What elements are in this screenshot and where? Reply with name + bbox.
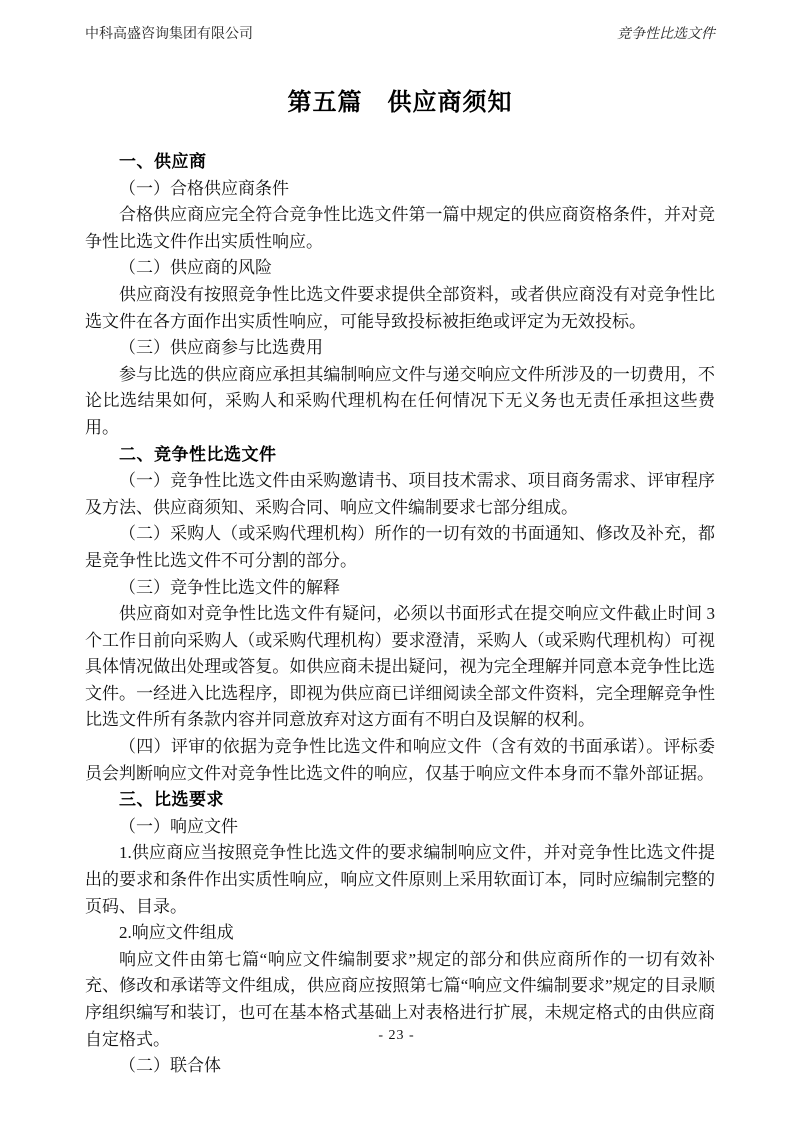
subheading-participation-cost: （三）供应商参与比选费用 [85,335,715,362]
paragraph-qualified-supplier: 合格供应商应完全符合竞争性比选文件第一篇中规定的供应商资格条件，并对竞争性比选文… [85,202,715,255]
subheading-response-composition: 2.响应文件组成 [85,920,715,947]
section-heading-selection-requirements: 三、比选要求 [85,787,715,814]
subheading-document-interpretation: （三）竞争性比选文件的解释 [85,575,715,602]
document-page: 中科高盛咨询集团有限公司 竞争性比选文件 第五篇 供应商须知 一、供应商 （一）… [0,0,793,1122]
paragraph-evaluation-basis: （四）评审的依据为竞争性比选文件和响应文件（含有效的书面承诺）。评标委员会判断响… [85,734,715,787]
page-header: 中科高盛咨询集团有限公司 竞争性比选文件 [85,26,715,44]
header-company-name: 中科高盛咨询集团有限公司 [85,26,253,44]
section-heading-suppliers: 一、供应商 [85,149,715,176]
page-title: 第五篇 供应商须知 [85,86,715,120]
paragraph-notices-amendments: （二）采购人（或采购代理机构）所作的一切有效的书面通知、修改及补充，都是竞争性比… [85,521,715,574]
page-number: - 23 - [0,1028,793,1044]
subheading-supplier-risk: （二）供应商的风险 [85,255,715,282]
paragraph-supplier-risk: 供应商没有按照竞争性比选文件要求提供全部资料，或者供应商没有对竞争性比选文件在各… [85,282,715,335]
paragraph-response-preparation: 1.供应商应当按照竞争性比选文件的要求编制响应文件，并对竞争性比选文件提出的要求… [85,840,715,920]
subheading-consortium: （二）联合体 [85,1053,715,1080]
paragraph-clarification-procedure: 供应商如对竞争性比选文件有疑问，必须以书面形式在提交响应文件截止时间 3 个工作… [85,601,715,734]
subheading-qualified-supplier: （一）合格供应商条件 [85,176,715,203]
header-doc-type: 竞争性比选文件 [617,26,715,44]
paragraph-document-composition: （一）竞争性比选文件由采购邀请书、项目技术需求、项目商务需求、评审程序及方法、供… [85,468,715,521]
section-heading-bid-document: 二、竞争性比选文件 [85,442,715,469]
subheading-response-document: （一）响应文件 [85,814,715,841]
paragraph-participation-cost: 参与比选的供应商应承担其编制响应文件与递交响应文件所涉及的一切费用，不论比选结果… [85,362,715,442]
document-body: 一、供应商 （一）合格供应商条件 合格供应商应完全符合竞争性比选文件第一篇中规定… [85,149,715,1080]
